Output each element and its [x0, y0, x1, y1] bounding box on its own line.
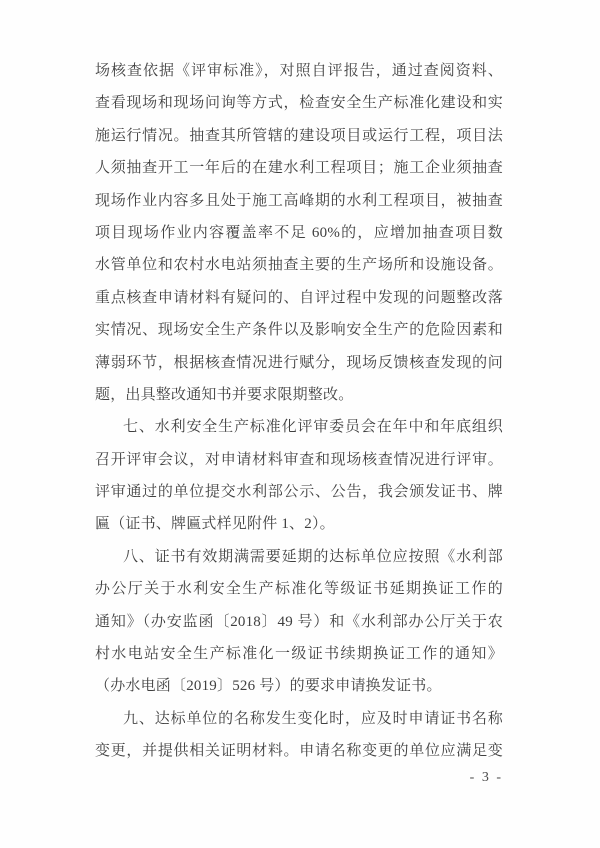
- document-line: （办水电函〔2019〕526 号）的要求申请换发证书。: [95, 670, 503, 702]
- document-line: 变更，并提供相关证明材料。申请名称变更的单位应满足变: [95, 735, 503, 767]
- paragraph-item-9: 九、达标单位的名称发生变化时，应及时申请证书名称 变更，并提供相关证明材料。申请…: [95, 703, 503, 768]
- document-line: 现场作业内容多且处于施工高峰期的水利工程项目，被抽查: [95, 185, 503, 217]
- document-line: 匾（证书、牌匾式样见附件 1、2）。: [95, 508, 503, 540]
- document-line: 召开评审会议，对申请材料审查和现场核查情况进行评审。: [95, 444, 503, 476]
- document-body: 场核查依据《评审标准》，对照自评报告，通过查阅资料、 查看现场和现场问询等方式，…: [95, 55, 503, 768]
- paragraph-item-8: 八、证书有效期满需要延期的达标单位应按照《水利部 办公厅关于水利安全生产标准化等…: [95, 541, 503, 703]
- document-line: 人须抽查开工一年后的在建水利工程项目；施工企业须抽查: [95, 152, 503, 184]
- document-line: 重点核查申请材料有疑问的、自评过程中发现的问题整改落: [95, 282, 503, 314]
- document-line: 七、水利安全生产标准化评审委员会在年中和年底组织: [95, 411, 503, 443]
- document-line: 九、达标单位的名称发生变化时，应及时申请证书名称: [95, 703, 503, 735]
- document-page: 场核查依据《评审标准》，对照自评报告，通过查阅资料、 查看现场和现场问询等方式，…: [0, 0, 600, 848]
- document-line: 水管单位和农村水电站须抽查主要的生产场所和设施设备。: [95, 249, 503, 281]
- page-number: - 3 -: [470, 770, 503, 786]
- document-line: 题，出具整改通知书并要求限期整改。: [95, 379, 503, 411]
- document-line: 场核查依据《评审标准》，对照自评报告，通过查阅资料、: [95, 55, 503, 87]
- document-line: 实情况、现场安全生产条件以及影响安全生产的危险因素和: [95, 314, 503, 346]
- document-line: 查看现场和现场问询等方式，检查安全生产标准化建设和实: [95, 87, 503, 119]
- document-line: 村水电站安全生产标准化一级证书续期换证工作的通知》: [95, 638, 503, 670]
- paragraph-item-7: 七、水利安全生产标准化评审委员会在年中和年底组织 召开评审会议，对申请材料审查和…: [95, 411, 503, 541]
- document-line: 办公厅关于水利安全生产标准化等级证书延期换证工作的: [95, 573, 503, 605]
- document-line: 项目现场作业内容覆盖率不足 60%的，应增加抽查项目数量；: [95, 217, 503, 249]
- document-line: 施运行情况。抽查其所管辖的建设项目或运行工程，项目法: [95, 120, 503, 152]
- document-line: 通知》（办安监函〔2018〕49 号）和《水利部办公厅关于农: [95, 606, 503, 638]
- document-line: 评审通过的单位提交水利部公示、公告，我会颁发证书、牌: [95, 476, 503, 508]
- document-line: 八、证书有效期满需要延期的达标单位应按照《水利部: [95, 541, 503, 573]
- document-line: 薄弱环节，根据核查情况进行赋分，现场反馈核查发现的问: [95, 347, 503, 379]
- paragraph-continuation: 场核查依据《评审标准》，对照自评报告，通过查阅资料、 查看现场和现场问询等方式，…: [95, 55, 503, 411]
